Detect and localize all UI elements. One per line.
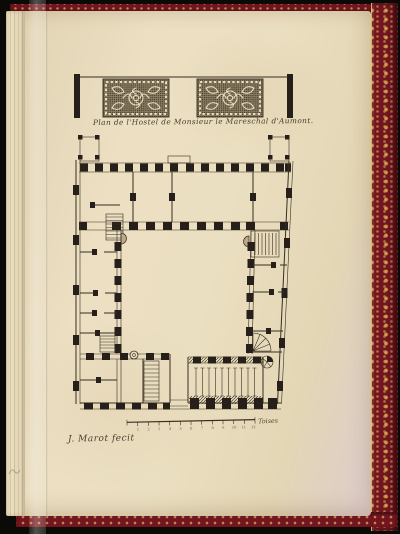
east-wing-winder-stair — [252, 333, 282, 352]
svg-text:7: 7 — [201, 426, 204, 430]
stair-niche-west — [121, 233, 127, 244]
facade-piers — [80, 164, 291, 172]
svg-text:5: 5 — [179, 427, 182, 431]
svg-text:8: 8 — [211, 426, 214, 430]
street-wall — [80, 396, 281, 410]
pencil-mark — [9, 470, 20, 474]
stable — [188, 356, 273, 403]
photograph-of-open-book: 1 2 3 4 5 6 7 8 9 10 11 12 Plan de l'Hos… — [0, 0, 400, 534]
garden-parterre-left — [103, 79, 169, 117]
west-wing-stair — [100, 336, 115, 352]
svg-text:1: 1 — [137, 428, 139, 432]
svg-text:6: 6 — [190, 426, 193, 430]
courtyard-west-wall — [115, 230, 122, 354]
stable-stalls — [194, 368, 257, 396]
street-block-stair — [144, 361, 159, 401]
floor-plan-engraving: 1 2 3 4 5 6 7 8 9 10 11 12 — [0, 0, 400, 534]
scale-bar: 1 2 3 4 5 6 7 8 9 10 11 12 — [127, 417, 256, 432]
svg-text:9: 9 — [222, 426, 225, 430]
plate-title: Plan de l'Hostel de Monsieur le Marescha… — [93, 116, 314, 127]
staircase-east — [251, 231, 279, 257]
svg-text:11: 11 — [241, 425, 246, 429]
svg-text:2: 2 — [147, 427, 149, 431]
carriage-passage — [170, 354, 188, 406]
scale-unit-label: Toises — [258, 417, 278, 426]
garden-parterre-right — [197, 79, 263, 117]
corps-de-logis — [78, 135, 291, 257]
west-wing — [80, 249, 117, 352]
engraver-signature: J. Marot fecit — [68, 433, 135, 444]
street-range — [80, 351, 281, 410]
court-facade-piers — [79, 222, 288, 230]
svg-text:12: 12 — [251, 425, 256, 429]
svg-text:10: 10 — [232, 426, 237, 430]
well — [130, 351, 138, 359]
bookmark-ribbon — [29, 0, 46, 534]
svg-text:4: 4 — [169, 427, 172, 431]
east-outer-wall — [277, 161, 293, 404]
svg-text:3: 3 — [158, 427, 161, 431]
west-outer-wall — [73, 160, 80, 404]
